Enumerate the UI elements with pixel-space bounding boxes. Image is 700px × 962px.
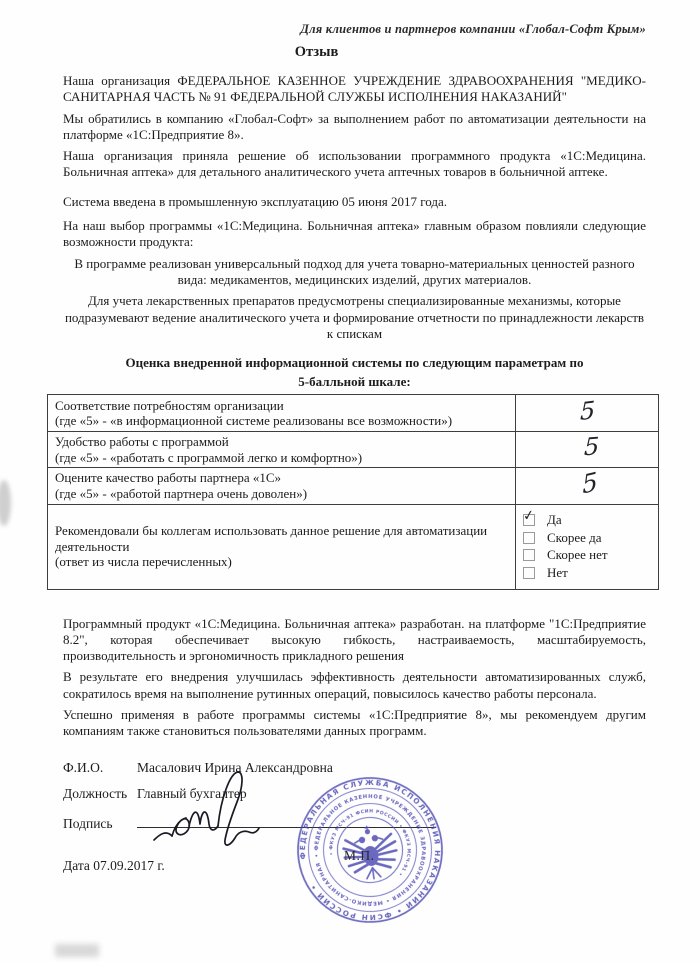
criterion-cell: Оцените качество работы партнера «1С» (г… (48, 468, 516, 504)
paragraph-feature-2: Для учета лекарственных препаратов преду… (63, 293, 646, 342)
page-title: Отзыв (63, 44, 570, 61)
paragraph-request: Мы обратились в компанию «Глобал-Софт» з… (63, 111, 646, 144)
score-cell: 5 (516, 432, 659, 468)
criterion-note: (ответ из числа перечисленных) (55, 554, 509, 570)
criterion-note: (где «5» - «работать с программой легко … (55, 450, 509, 466)
option-label: Скорее нет (547, 547, 608, 563)
handwritten-signature-icon (140, 760, 320, 860)
check-icon: ✓ (522, 509, 536, 526)
criterion-cell: Рекомендовали бы коллегам использовать д… (48, 504, 516, 589)
sign-label: Подпись (63, 816, 137, 832)
table-caption-line-2: 5-балльной шкале: (63, 372, 646, 391)
header-note: Для клиентов и партнеров компании «Глоба… (63, 22, 646, 37)
paragraph-choice: На наш выбор программы «1С:Медицина. Бол… (63, 218, 646, 251)
checkbox-rather-no (523, 549, 535, 561)
stamp-place-mark: М.П. (344, 848, 375, 864)
role-label: Должность (63, 786, 137, 802)
option-rather-yes: Скорее да (523, 529, 652, 547)
paragraph-organization: Наша организация ФЕДЕРАЛЬНОЕ КАЗЕННОЕ УЧ… (63, 73, 646, 106)
option-label: Нет (547, 565, 568, 581)
table-row: Удобство работы с программой (где «5» - … (48, 432, 659, 468)
criterion-text: Рекомендовали бы коллегам использовать д… (55, 523, 509, 554)
option-no: Нет (523, 564, 652, 582)
scan-artifact (55, 944, 99, 957)
fio-label: Ф.И.О. (63, 760, 137, 776)
paragraph-launch-date: Система введена в промышленную эксплуата… (63, 194, 646, 210)
handwritten-score: 5 (581, 474, 597, 493)
handwritten-score: 5 (584, 440, 600, 457)
scan-artifact (0, 480, 11, 526)
table-row: Оцените качество работы партнера «1С» (г… (48, 468, 659, 504)
paragraph-results: В результате его внедрения улучшилась эф… (63, 669, 646, 702)
paragraph-recommendation: Успешно применяя в работе программы сист… (63, 707, 646, 740)
paragraph-decision: Наша организация приняла решение об испо… (63, 148, 646, 181)
score-cell: 5 (516, 395, 659, 432)
option-label: Да (547, 512, 562, 528)
handwritten-score: 5 (580, 403, 595, 421)
checkbox-no (523, 567, 535, 579)
criterion-note: (где «5» - «в информационной системе реа… (55, 413, 509, 429)
table-row: Соответствие потребностям организации (г… (48, 395, 659, 432)
checkbox-rather-yes (523, 532, 535, 544)
options-cell: ✓ Да Скорее да Скорее нет (516, 504, 659, 589)
rating-table: Соответствие потребностям организации (г… (47, 394, 659, 589)
table-caption-line-1: Оценка внедренной информационной системы… (63, 353, 646, 372)
criterion-text: Удобство работы с программой (55, 434, 509, 450)
criterion-text: Соответствие потребностям организации (55, 398, 509, 414)
criterion-text: Оцените качество работы партнера «1С» (55, 470, 509, 486)
score-cell: 5 (516, 468, 659, 504)
table-row: Рекомендовали бы коллегам использовать д… (48, 504, 659, 589)
checkbox-yes: ✓ (523, 514, 535, 526)
paragraph-feature-1: В программе реализован универсальный под… (63, 256, 646, 289)
option-yes: ✓ Да (523, 512, 652, 530)
criterion-cell: Удобство работы с программой (где «5» - … (48, 432, 516, 468)
criterion-note: (где «5» - «работой партнера очень довол… (55, 486, 509, 502)
option-rather-no: Скорее нет (523, 547, 652, 565)
document-content: Для клиентов и партнеров компании «Глоба… (63, 22, 646, 874)
option-label: Скорее да (547, 530, 602, 546)
criterion-cell: Соответствие потребностям организации (г… (48, 395, 516, 432)
scanned-review-document: Для клиентов и партнеров компании «Глоба… (0, 0, 700, 962)
paragraph-platform: Программный продукт «1С:Медицина. Больни… (63, 616, 646, 665)
table-caption: Оценка внедренной информационной системы… (63, 353, 646, 391)
